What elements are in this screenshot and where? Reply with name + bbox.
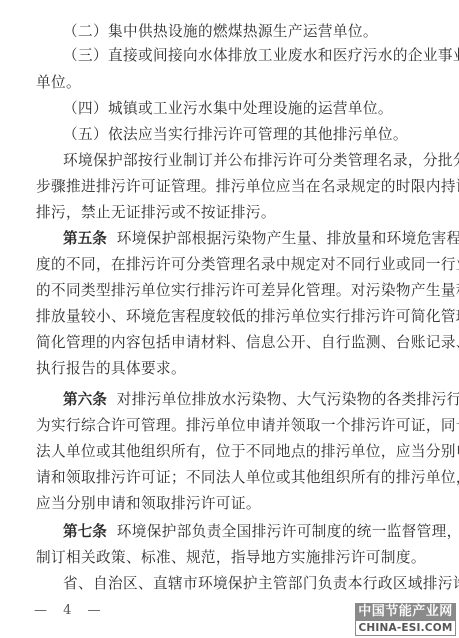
- text-line: 排放量较小、环境危害程度较低的排污单位实行排污许可简化管理，: [36, 306, 426, 328]
- text-line: 请和领取排污许可证；不同法人单位或其他组织所有的排污单位，: [36, 467, 426, 489]
- text-line: 执行报告的具体要求。: [36, 358, 426, 380]
- document-page: （二）集中供热设施的燃煤热源生产运营单位。 （三）直接或间接向水体排放工业废水和…: [0, 0, 459, 638]
- watermark-title: 中国节能产业网: [355, 603, 456, 620]
- article-heading: 第六条: [63, 391, 107, 408]
- watermark-url: CHINA-ESI.COM: [355, 620, 456, 636]
- article-text: 对排污单位排放水污染物、大气污染物的各类排污行: [117, 391, 459, 408]
- article-text: 环境保护部负责全国排污许可制度的统一监督管理，: [117, 523, 459, 540]
- text-line: 单位。: [36, 72, 426, 94]
- text-line: 环境保护部按行业制订并公布排污许可分类管理名录，分批分: [63, 150, 426, 172]
- text-line: 制订相关政策、标准、规范，指导地方实施排污许可制度。: [36, 547, 426, 569]
- text-line: 法人单位或其他组织所有，位于不同地点的排污单位，应当分别申: [36, 441, 426, 463]
- article-text: 环境保护部根据污染物产生量、排放量和环境危害程: [117, 230, 459, 247]
- text-line: 步骤推进排污许可证管理。排污单位应当在名录规定的时限内持证: [36, 176, 426, 198]
- article-heading: 第七条: [63, 523, 107, 540]
- article-line: 第七条环境保护部负责全国排污许可制度的统一监督管理，: [63, 521, 426, 543]
- page-number: — 4 —: [34, 603, 107, 618]
- watermark-logo: 中国节能产业网 CHINA-ESI.COM: [355, 603, 456, 636]
- article-heading: 第五条: [63, 230, 107, 247]
- text-line: 应当分别申请和领取排污许可证。: [36, 493, 426, 515]
- text-line: （五）依法应当实行排污许可管理的其他排污单位。: [63, 124, 426, 146]
- text-line: 排污，禁止无证排污或不按证排污。: [36, 202, 426, 224]
- text-line: 的不同类型排污单位实行排污许可差异化管理。对污染物产生量和: [36, 280, 426, 302]
- text-line: （二）集中供热设施的燃煤热源生产运营单位。: [63, 21, 426, 43]
- text-line: 为实行综合许可管理。排污单位申请并领取一个排污许可证，同一: [36, 415, 426, 437]
- text-line: 度的不同，在排污许可分类管理名录中规定对不同行业或同一行业: [36, 254, 426, 276]
- text-line: （四）城镇或工业污水集中处理设施的运营单位。: [63, 98, 426, 120]
- article-line: 第六条对排污单位排放水污染物、大气污染物的各类排污行: [63, 389, 426, 411]
- article-line: 第五条环境保护部根据污染物产生量、排放量和环境危害程: [63, 228, 426, 250]
- text-line: 简化管理的内容包括申请材料、信息公开、自行监测、台账记录、: [36, 332, 426, 354]
- text-line: 省、自治区、直辖市环境保护主管部门负责本行政区域排污许: [63, 573, 426, 595]
- text-line: （三）直接或间接向水体排放工业废水和医疗污水的企业事业: [63, 45, 426, 67]
